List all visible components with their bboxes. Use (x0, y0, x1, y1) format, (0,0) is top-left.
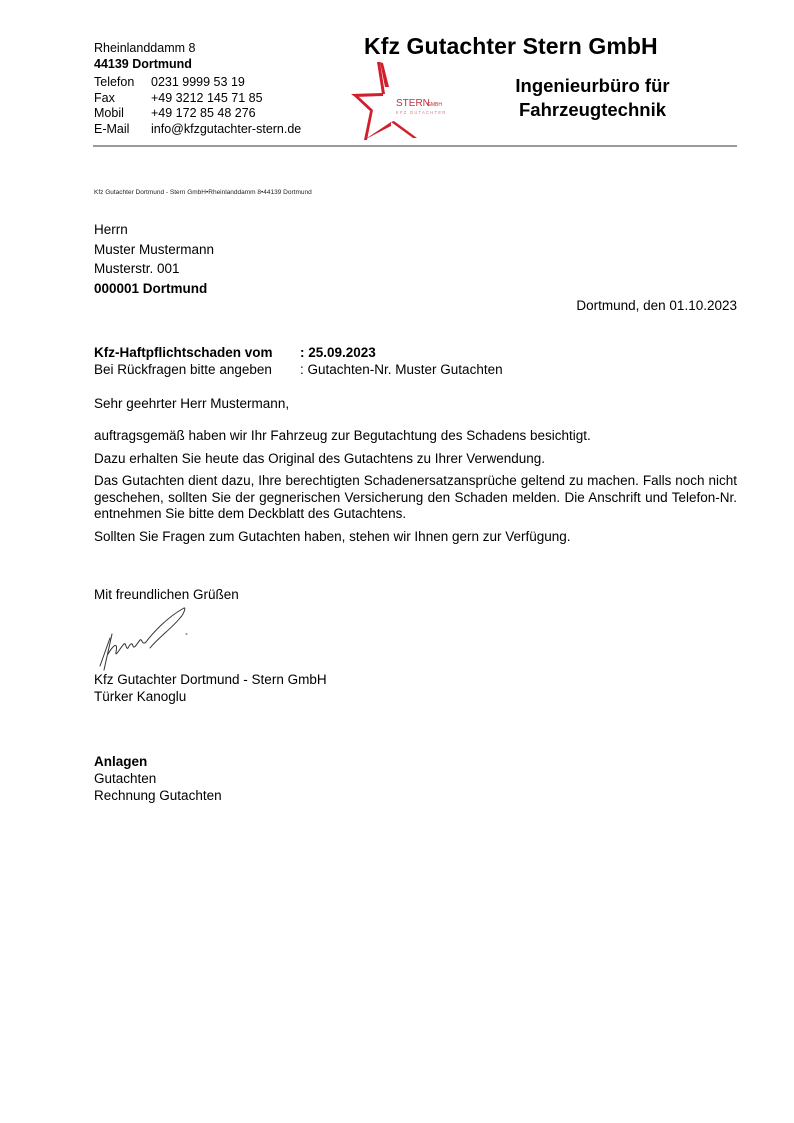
reference-key: Bei Rückfragen bitte angeben (94, 361, 300, 378)
recipient-city: 000001 Dortmund (94, 279, 214, 299)
signature-icon (96, 604, 196, 674)
contact-value: +49 3212 145 71 85 (151, 91, 263, 107)
body-paragraph: auftragsgemäß haben wir Ihr Fahrzeug zur… (94, 428, 737, 445)
svg-text:KFZ GUTACHTER: KFZ GUTACHTER (396, 110, 446, 115)
reference-report-number: Bei Rückfragen bitte angeben : Gutachten… (94, 361, 503, 378)
contact-email: E-Mail info@kfzgutachter-stern.de (94, 122, 301, 138)
contact-label: E-Mail (94, 122, 151, 138)
attachments-block: Anlagen Gutachten Rechnung Gutachten (94, 753, 222, 804)
signer-company: Kfz Gutachter Dortmund - Stern GmbH (94, 671, 327, 688)
contact-value: 0231 9999 53 19 (151, 75, 245, 91)
recipient-address: Herrn Muster Mustermann Musterstr. 001 0… (94, 220, 214, 298)
company-street: Rheinlanddamm 8 (94, 41, 301, 57)
star-icon: STERN GMBH KFZ GUTACHTER (349, 60, 454, 142)
company-city: 44139 Dortmund (94, 57, 301, 73)
contact-label: Fax (94, 91, 151, 107)
attachment-item: Gutachten (94, 770, 222, 787)
contact-mobile: Mobil +49 172 85 48 276 (94, 106, 301, 122)
recipient-name: Muster Mustermann (94, 240, 214, 260)
handwritten-signature (96, 604, 196, 674)
body-paragraph: Dazu erhalten Sie heute das Original des… (94, 451, 737, 468)
body-paragraph: Das Gutachten dient dazu, Ihre berechtig… (94, 473, 737, 523)
header-divider (93, 145, 737, 147)
reference-block: Kfz-Haftpflichtschaden vom : 25.09.2023 … (94, 344, 503, 378)
reference-value: : 25.09.2023 (300, 344, 376, 361)
company-subtitle: Ingenieurbüro für Fahrzeugtechnik (490, 74, 695, 122)
contact-label: Mobil (94, 106, 151, 122)
recipient-street: Musterstr. 001 (94, 259, 214, 279)
company-logo: STERN GMBH KFZ GUTACHTER (349, 60, 454, 142)
attachments-title: Anlagen (94, 753, 222, 770)
reference-key: Kfz-Haftpflichtschaden vom (94, 344, 300, 361)
reference-value: : Gutachten-Nr. Muster Gutachten (300, 361, 503, 378)
svg-text:GMBH: GMBH (427, 102, 442, 108)
signer-name: Türker Kanoglu (94, 688, 327, 705)
contact-label: Telefon (94, 75, 151, 91)
company-name: Kfz Gutachter Stern GmbH (364, 33, 658, 60)
subtitle-line-2: Fahrzeugtechnik (490, 98, 695, 122)
letterhead-address: Rheinlanddamm 8 44139 Dortmund Telefon 0… (94, 41, 301, 137)
letter-date: Dortmund, den 01.10.2023 (576, 298, 737, 313)
letter-body: auftragsgemäß haben wir Ihr Fahrzeug zur… (94, 428, 737, 551)
contact-value: info@kfzgutachter-stern.de (151, 122, 301, 138)
attachment-item: Rechnung Gutachten (94, 787, 222, 804)
sender-return-line: Kfz Gutachter Dortmund - Stern GmbH•Rhei… (94, 189, 312, 196)
contact-phone: Telefon 0231 9999 53 19 (94, 75, 301, 91)
body-paragraph: Sollten Sie Fragen zum Gutachten haben, … (94, 529, 737, 546)
letter-greeting: Sehr geehrter Herr Mustermann, (94, 396, 289, 411)
contact-fax: Fax +49 3212 145 71 85 (94, 91, 301, 107)
svg-text:STERN: STERN (396, 98, 430, 109)
subtitle-line-1: Ingenieurbüro für (490, 74, 695, 98)
recipient-salutation: Herrn (94, 220, 214, 240)
signer-block: Kfz Gutachter Dortmund - Stern GmbH Türk… (94, 671, 327, 705)
letter-closing: Mit freundlichen Grüßen (94, 587, 239, 602)
contact-value: +49 172 85 48 276 (151, 106, 256, 122)
reference-claim-date: Kfz-Haftpflichtschaden vom : 25.09.2023 (94, 344, 503, 361)
